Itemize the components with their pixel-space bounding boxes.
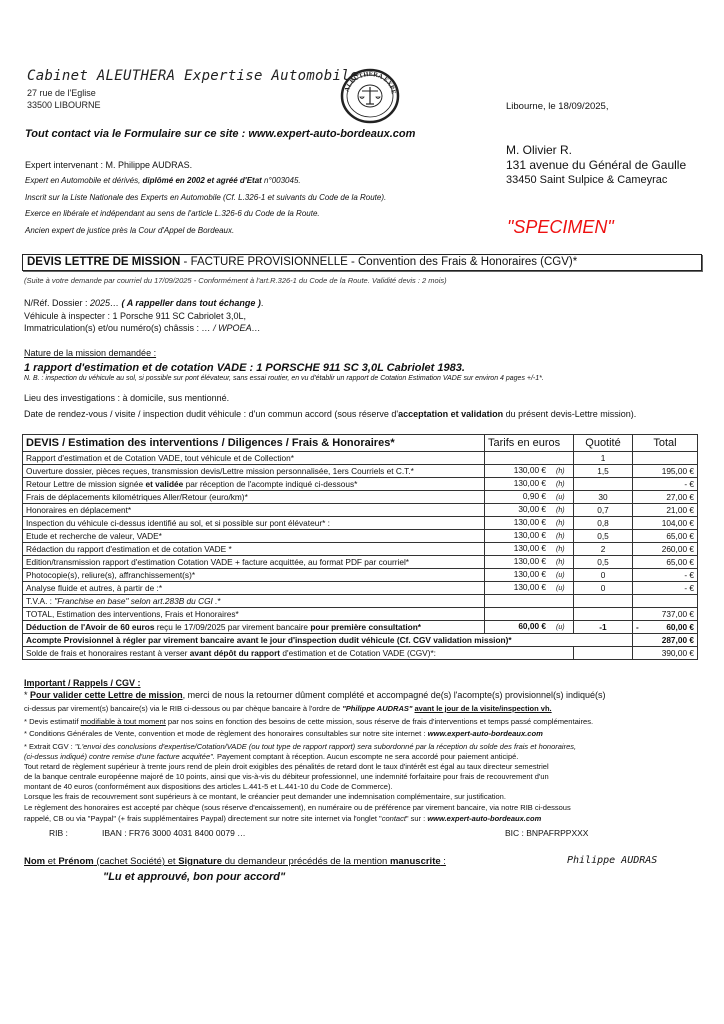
row-quotite: 0,7 xyxy=(574,504,633,517)
total-row: TOTAL, Estimation des interventions, Fra… xyxy=(23,608,698,621)
mission-title: 1 rapport d'estimation et de cotation VA… xyxy=(24,362,465,374)
row-quotite: 0 xyxy=(574,582,633,595)
important-p8: de la banque centrale européenne majoré … xyxy=(24,772,549,781)
row-quotite xyxy=(574,478,633,491)
row-quotite: 2 xyxy=(574,543,633,556)
row-tarif: 30,00 €(h) xyxy=(485,504,574,517)
important-p9: montant de 40 euros (conformément aux di… xyxy=(24,782,393,791)
rib-label: RIB : xyxy=(49,828,68,838)
acompte-row: Acompte Provisionnel à régler par vireme… xyxy=(23,634,698,647)
solde-qty xyxy=(574,647,633,660)
table-row: Retour Lettre de mission signée et valid… xyxy=(23,478,698,491)
row-total: - € xyxy=(633,569,698,582)
row-quotite: 0,5 xyxy=(574,556,633,569)
document-title: DEVIS LETTRE DE MISSION - FACTURE PROVIS… xyxy=(22,254,702,271)
important-p3: * Devis estimatif modifiable à tout mome… xyxy=(24,717,593,726)
quote-table: DEVIS / Estimation des interventions / D… xyxy=(22,434,698,660)
scales-of-justice-icon: ALEUTHERA EXPERTISE xyxy=(340,68,400,124)
row-label: Frais de déplacements kilométriques Alle… xyxy=(23,491,485,504)
approval-mention: "Lu et approuvé, bon pour accord" xyxy=(103,871,285,883)
row-total: 104,00 € xyxy=(633,517,698,530)
row-label: Honoraires en déplacement* xyxy=(23,504,485,517)
total-qty xyxy=(574,608,633,621)
important-heading: Important / Rappels / CGV : xyxy=(24,678,141,688)
dossier-reference: N/Réf. Dossier : 2025… ( A rappeller dan… xyxy=(24,298,263,308)
header-quotite: Quotité xyxy=(574,435,633,452)
deduction-label: Déduction de l'Avoir de 60 euros reçu le… xyxy=(23,621,485,634)
row-total: 65,00 € xyxy=(633,530,698,543)
row-label: Inspection du véhicule ci-dessus identif… xyxy=(23,517,485,530)
tva-total xyxy=(633,595,698,608)
row-total xyxy=(633,452,698,465)
signer-name: Philippe AUDRAS xyxy=(567,855,657,866)
registration-line: Immatriculation(s) et/ou numéro(s) châss… xyxy=(24,323,261,333)
iban: IBAN : FR76 3000 4031 8400 0079 … xyxy=(102,828,246,838)
deduction-total: -60,00 € xyxy=(633,621,698,634)
recipient-city: 33450 Saint Sulpice & Cameyrac xyxy=(506,174,667,186)
row-quotite: 1 xyxy=(574,452,633,465)
row-tarif: 130,00 €(h) xyxy=(485,478,574,491)
row-total: 260,00 € xyxy=(633,543,698,556)
row-label: Retour Lettre de mission signée et valid… xyxy=(23,478,485,491)
row-tarif: 130,00 €(u) xyxy=(485,569,574,582)
deduction-tarif: 60,00 €(u) xyxy=(485,621,574,634)
appointment-line: Date de rendez-vous / visite / inspectio… xyxy=(24,409,636,419)
important-p10: Lorsque les frais de recouvrement sont s… xyxy=(24,792,506,801)
acompte-value: 287,00 € xyxy=(633,634,698,647)
row-label: Analyse fluide et autres, à partir de :* xyxy=(23,582,485,595)
table-row: Frais de déplacements kilométriques Alle… xyxy=(23,491,698,504)
contact-line: Tout contact via le Formulaire sur ce si… xyxy=(25,128,415,140)
investigation-location: Lieu des investigations : à domicile, su… xyxy=(24,393,229,403)
row-quotite: 0 xyxy=(574,569,633,582)
row-tarif: 130,00 €(h) xyxy=(485,543,574,556)
tva-label: T.V.A. : "Franchise en base" selon art.2… xyxy=(23,595,485,608)
specimen-watermark: "SPECIMEN" xyxy=(507,217,614,238)
signature-instruction: Nom et Prénom (cachet Société) et Signat… xyxy=(24,856,446,867)
acompte-label: Acompte Provisionnel à régler par vireme… xyxy=(23,634,633,647)
important-p6: (ci-dessus indiqué) contre remise d'une … xyxy=(24,752,518,761)
row-label: Photocopie(s), reliure(s), affranchissem… xyxy=(23,569,485,582)
important-p2: ci-dessus par virement(s) bancaire(s) vi… xyxy=(24,704,552,713)
solde-value: 390,00 € xyxy=(633,647,698,660)
recipient-street: 131 avenue du Général de Gaulle xyxy=(506,158,686,172)
header-tarif: Tarifs en euros xyxy=(485,435,574,452)
important-p1: * Pour valider cette Lettre de mission, … xyxy=(24,690,606,700)
important-p7: Tout retard de règlement supérieur à tre… xyxy=(24,762,549,771)
row-tarif: 130,00 €(h) xyxy=(485,556,574,569)
expert-former-role: Ancien expert de justice près la Cour d'… xyxy=(25,226,234,235)
quote-table-header: DEVIS / Estimation des interventions / D… xyxy=(23,435,698,452)
row-quotite: 0,5 xyxy=(574,530,633,543)
table-row: Analyse fluide et autres, à partir de :*… xyxy=(23,582,698,595)
table-row: Rédaction du rapport d'estimation et de … xyxy=(23,543,698,556)
website-link[interactable]: www.expert-auto-bordeaux.com xyxy=(428,729,543,738)
row-label: Edition/transmission rapport d'estimatio… xyxy=(23,556,485,569)
table-row: Inspection du véhicule ci-dessus identif… xyxy=(23,517,698,530)
expert-exercise: Exerce en libérale et indépendant au sen… xyxy=(25,209,320,218)
mission-note: N. B. : inspection du véhicule au sol, s… xyxy=(24,375,544,382)
important-p11: Le règlement des honoraires est accepté … xyxy=(24,803,571,812)
table-row: Rapport d'estimation et de Cotation VADE… xyxy=(23,452,698,465)
total-tarif xyxy=(485,608,574,621)
row-total: 21,00 € xyxy=(633,504,698,517)
row-label: Rapport d'estimation et de Cotation VADE… xyxy=(23,452,485,465)
important-p5: * Extrait CGV : "L'envoi des conclusions… xyxy=(24,742,576,751)
row-label: Rédaction du rapport d'estimation et de … xyxy=(23,543,485,556)
table-row: Photocopie(s), reliure(s), affranchissem… xyxy=(23,569,698,582)
tva-tarif xyxy=(485,595,574,608)
row-quotite: 1,5 xyxy=(574,465,633,478)
row-tarif: 130,00 €(u) xyxy=(485,582,574,595)
tva-row: T.V.A. : "Franchise en base" selon art.2… xyxy=(23,595,698,608)
table-row: Edition/transmission rapport d'estimatio… xyxy=(23,556,698,569)
vehicle-line: Véhicule à inspecter : 1 Porsche 911 SC … xyxy=(24,311,246,321)
header-total: Total xyxy=(633,435,698,452)
expert-inscription: Inscrit sur la Liste Nationale des Exper… xyxy=(25,193,386,202)
expert-intervenant: Expert intervenant : M. Philippe AUDRAS. xyxy=(25,160,192,170)
row-tarif: 130,00 €(h) xyxy=(485,530,574,543)
cabinet-name: Cabinet ALEUTHERA Expertise Automobile xyxy=(27,68,359,84)
total-label: TOTAL, Estimation des interventions, Fra… xyxy=(23,608,485,621)
important-p4: * Conditions Générales de Vente, convent… xyxy=(24,729,543,738)
document-subtitle: (Suite à votre demande par courriel du 1… xyxy=(24,276,447,285)
solde-row: Solde de frais et honoraires restant à v… xyxy=(23,647,698,660)
row-label: Ouverture dossier, pièces reçues, transm… xyxy=(23,465,485,478)
mission-label: Nature de la mission demandée : xyxy=(24,348,156,358)
row-total: 195,00 € xyxy=(633,465,698,478)
total-value: 737,00 € xyxy=(633,608,698,621)
table-row: Etude et recherche de valeur, VADE*130,0… xyxy=(23,530,698,543)
table-row: Honoraires en déplacement*30,00 €(h)0,72… xyxy=(23,504,698,517)
website-link-2[interactable]: www.expert-auto-bordeaux.com xyxy=(427,814,541,823)
row-total: - € xyxy=(633,478,698,491)
expert-qualification: Expert en Automobile et dérivés, diplômé… xyxy=(25,176,301,185)
letter-date: Libourne, le 18/09/2025, xyxy=(506,101,608,112)
row-tarif: 0,90 €(u) xyxy=(485,491,574,504)
row-total: 65,00 € xyxy=(633,556,698,569)
row-tarif: 130,00 €(h) xyxy=(485,517,574,530)
address-line2: 33500 LIBOURNE xyxy=(27,100,101,110)
row-total: 27,00 € xyxy=(633,491,698,504)
important-p12: rappelé, CB ou via "Paypal" (+ frais sup… xyxy=(24,814,541,823)
row-tarif: 130,00 €(h) xyxy=(485,465,574,478)
table-row: Ouverture dossier, pièces reçues, transm… xyxy=(23,465,698,478)
deduction-row: Déduction de l'Avoir de 60 euros reçu le… xyxy=(23,621,698,634)
row-label: Etude et recherche de valeur, VADE* xyxy=(23,530,485,543)
header-description: DEVIS / Estimation des interventions / D… xyxy=(23,435,485,452)
row-quotite: 30 xyxy=(574,491,633,504)
bic: BIC : BNPAFRPPXXX xyxy=(505,828,588,838)
address-line1: 27 rue de l'Eglise xyxy=(27,88,96,98)
company-stamp-logo: ALEUTHERA EXPERTISE xyxy=(340,68,400,124)
deduction-qty: -1 xyxy=(574,621,633,634)
row-quotite: 0,8 xyxy=(574,517,633,530)
recipient-name: M. Olivier R. xyxy=(506,143,572,157)
row-total: - € xyxy=(633,582,698,595)
solde-label: Solde de frais et honoraires restant à v… xyxy=(23,647,574,660)
tva-qty xyxy=(574,595,633,608)
row-tarif xyxy=(485,452,574,465)
